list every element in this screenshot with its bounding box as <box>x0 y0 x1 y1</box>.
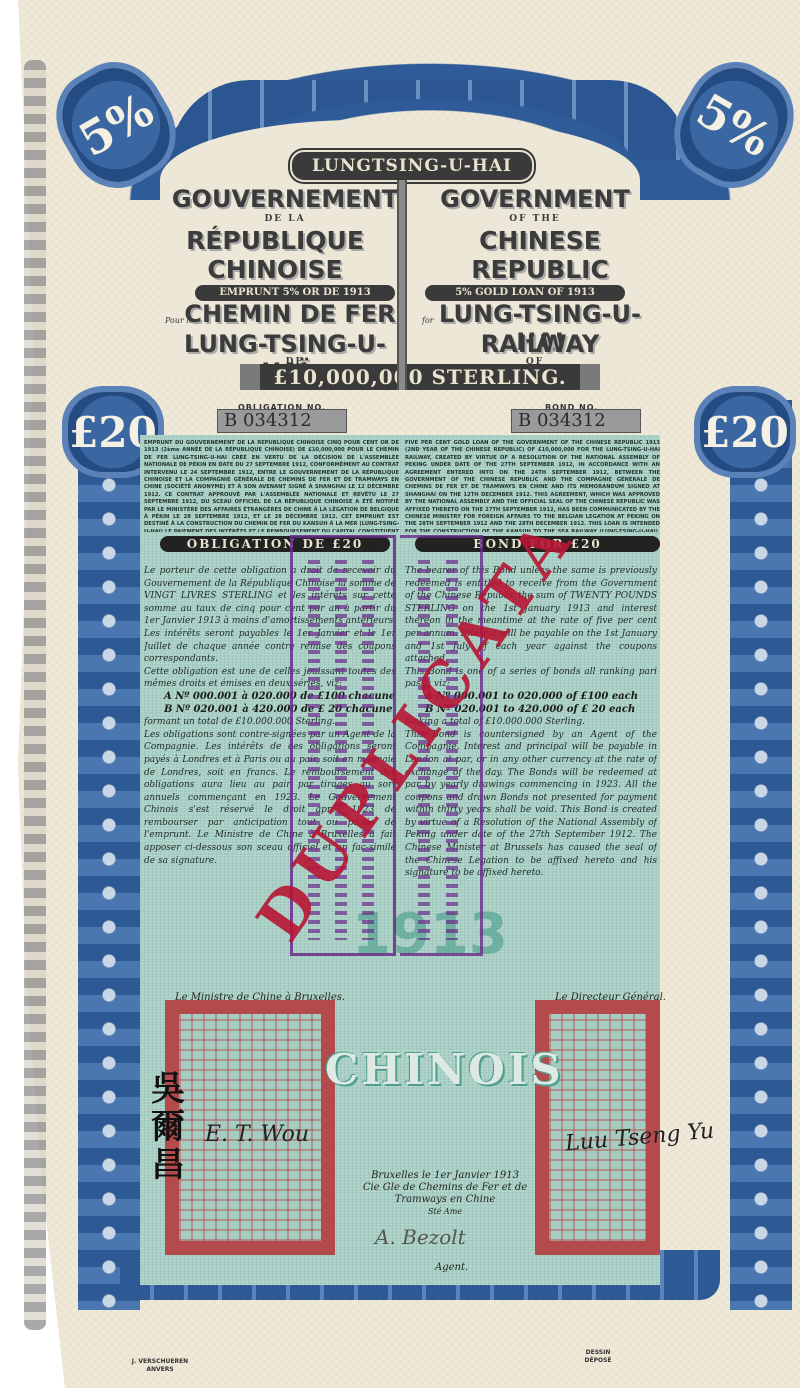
agent-label: Agent. <box>435 1262 468 1273</box>
frame-left-band <box>78 400 140 1310</box>
printer-imprint: J. VERSCHUEREN ANVERS <box>130 1358 190 1374</box>
agent-signature: A. Bezolt <box>375 1225 466 1249</box>
title-railway: RAILWAY <box>440 330 640 358</box>
loan-type-french: EMPRUNT 5% OR DE 1913 <box>195 285 395 301</box>
loan-amount-banner: £10,000,000 STERLING. <box>240 364 600 390</box>
denomination-badge-right: £20 <box>700 392 790 472</box>
company-line-1: Cie Gle de Chemins de Fer et de <box>360 1182 530 1194</box>
legal-text-french: EMPRUNT DU GOUVERNEMENT DE LA RÉPUBLIQUE… <box>144 440 399 532</box>
title-chinese-republic: CHINESE REPUBLIC <box>415 226 665 284</box>
company-line-3: Sté Ame <box>360 1206 530 1218</box>
chinois-watermark: CHINOIS <box>325 1045 564 1094</box>
title-gouvernement: GOUVERNEMENT <box>170 185 400 213</box>
title-government: GOVERNMENT <box>420 185 650 213</box>
printer-name: J. VERSCHUEREN <box>130 1358 190 1366</box>
design-line-1: DESSIN <box>578 1349 618 1357</box>
title-de-la: DE LA <box>170 214 400 224</box>
place-date-company: Bruxelles le 1er Janvier 1913 Cie Gle de… <box>360 1170 530 1218</box>
loan-name-banner: LUNGTSING-U-HAI <box>290 150 534 182</box>
loan-type-english: 5% GOLD LOAN OF 1913 <box>425 285 625 301</box>
design-registered-imprint: DESSIN DÉPOSÉ <box>578 1349 618 1365</box>
title-of-the: OF THE <box>420 214 650 224</box>
center-ornament-divider <box>397 180 407 390</box>
obligation-number: B 034312 <box>217 409 347 433</box>
perforated-talon-edge <box>24 60 46 1330</box>
minister-signature: E. T. Wou <box>205 1122 309 1147</box>
title-republique-chinoise: RÉPUBLIQUE CHINOISE <box>150 226 400 284</box>
place-date: Bruxelles le 1er Janvier 1913 <box>360 1170 530 1182</box>
frame-right-band <box>730 400 792 1310</box>
design-line-2: DÉPOSÉ <box>578 1357 618 1365</box>
company-line-2: Tramways en Chine <box>360 1194 530 1206</box>
bond-number: B 034312 <box>511 409 641 433</box>
printer-city: ANVERS <box>130 1366 190 1374</box>
title-chemin-de-fer: CHEMIN DE FER <box>180 300 400 328</box>
minister-chinese-name: 吳爾昌 <box>148 1070 188 1184</box>
